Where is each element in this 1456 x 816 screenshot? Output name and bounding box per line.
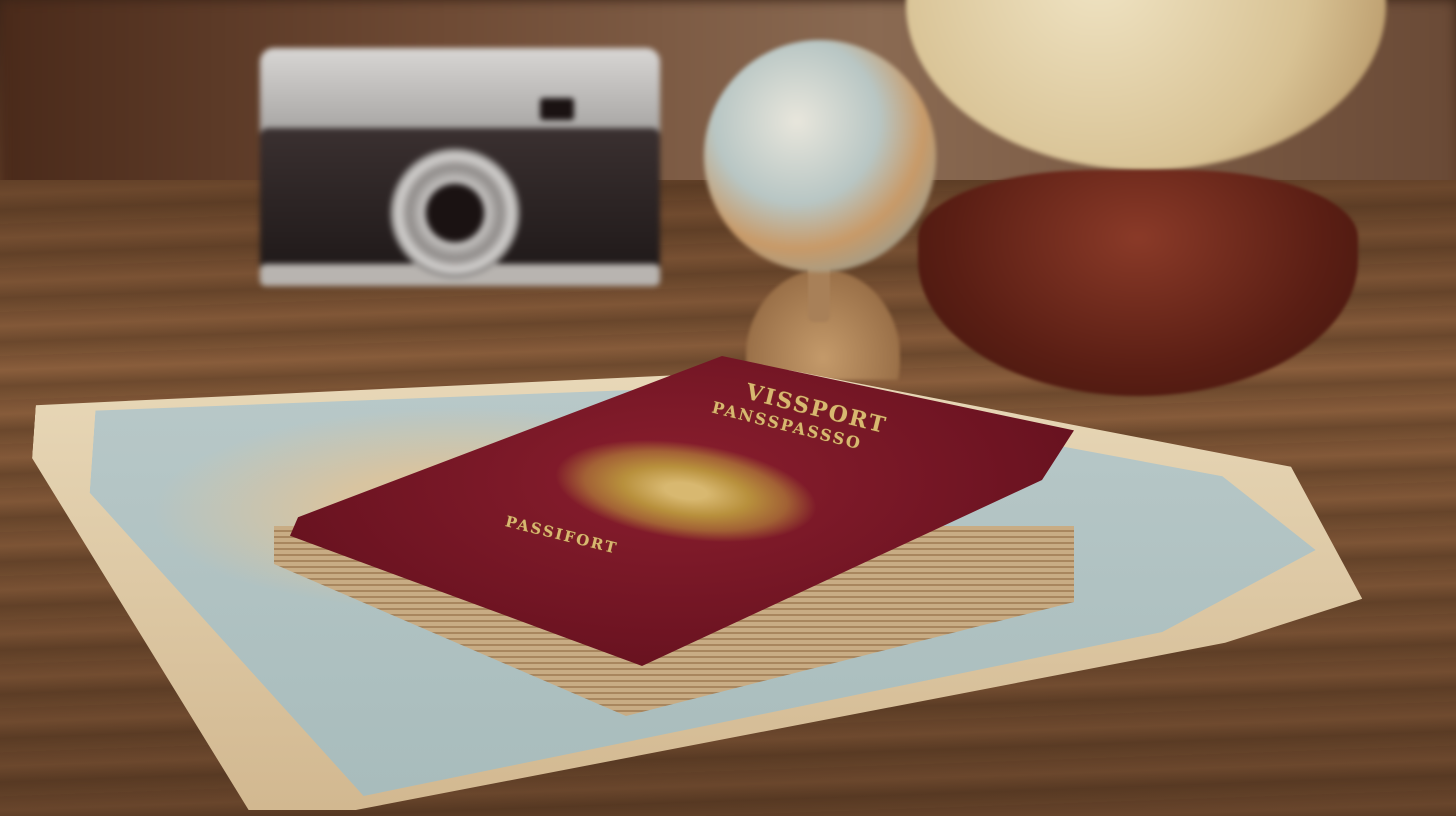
vintage-camera <box>250 28 670 290</box>
passport: VISSPORT PANSSPASSSO PASSIFORT <box>274 356 1074 718</box>
camera-lens <box>390 148 520 278</box>
photo-scene: VISSPORT PANSSPASSSO PASSIFORT <box>0 0 1456 816</box>
camera-viewfinder <box>540 98 574 120</box>
small-globe <box>704 40 936 272</box>
